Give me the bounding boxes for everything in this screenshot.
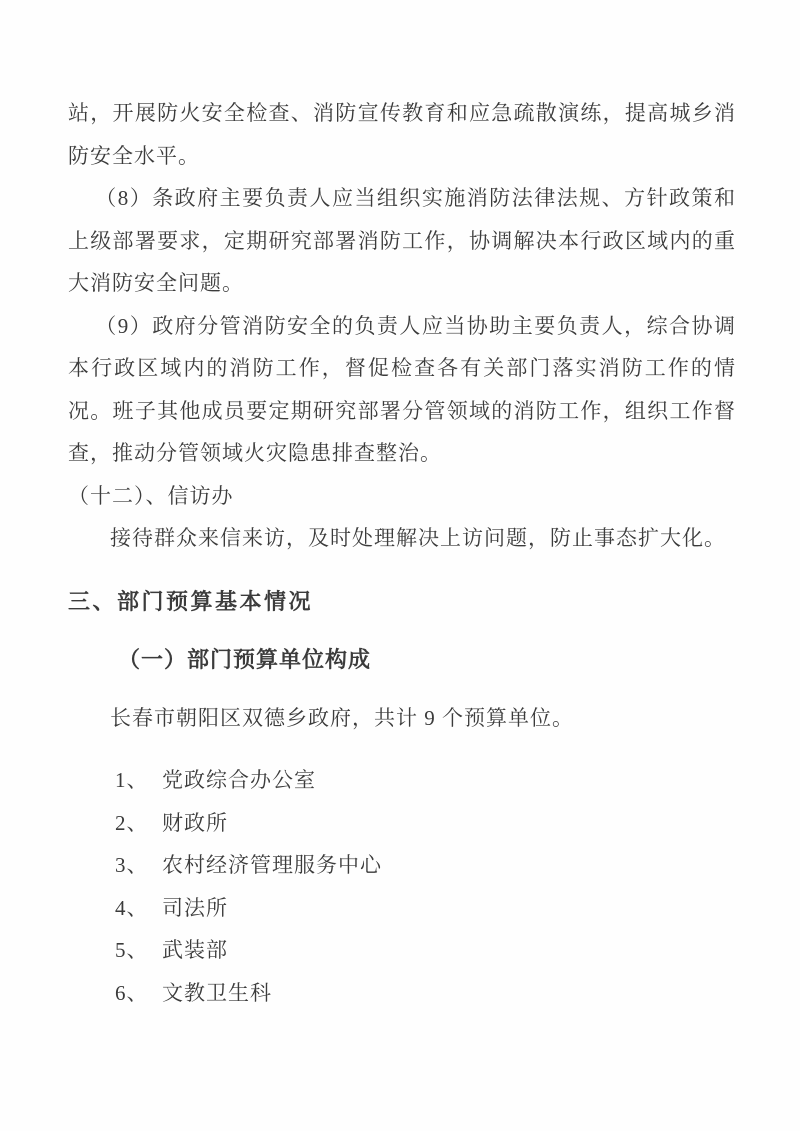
list-item-label: 武装部 bbox=[162, 929, 228, 972]
list-item: 6、 文教卫生科 bbox=[68, 972, 736, 1015]
heading-section-12-xinfang-office: （十二）、信访办 bbox=[68, 475, 736, 518]
list-item-label: 党政综合办公室 bbox=[162, 759, 316, 802]
list-item-number: 2、 bbox=[115, 802, 162, 845]
paragraph-item-9: （9）政府分管消防安全的负责人应当协助主要负责人，综合协调本行政区域内的消防工作… bbox=[68, 305, 736, 475]
paragraph-xinfang-duties: 接待群众来信来访，及时处理解决上访问题，防止事态扩大化。 bbox=[68, 517, 736, 560]
paragraph-fire-safety-continuation: 站，开展防火安全检查、消防宣传教育和应急疏散演练，提高城乡消防安全水平。 bbox=[68, 92, 736, 177]
list-item: 1、 党政综合办公室 bbox=[68, 759, 736, 802]
list-item-number: 4、 bbox=[115, 887, 162, 930]
document-content: 站，开展防火安全检查、消防宣传教育和应急疏散演练，提高城乡消防安全水平。 （8）… bbox=[68, 92, 736, 1014]
paragraph-budget-units-intro: 长春市朝阳区双德乡政府，共计 9 个预算单位。 bbox=[68, 697, 736, 740]
document-page: 站，开展防火安全检查、消防宣传教育和应急疏散演练，提高城乡消防安全水平。 （8）… bbox=[0, 0, 800, 1131]
list-item: 5、 武装部 bbox=[68, 929, 736, 972]
heading-budget-basic-overview: 三、部门预算基本情况 bbox=[68, 581, 736, 624]
list-item-label: 农村经济管理服务中心 bbox=[162, 844, 382, 887]
list-item-number: 1、 bbox=[115, 759, 162, 802]
list-item-number: 6、 bbox=[115, 972, 162, 1015]
heading-budget-unit-composition: （一）部门预算单位构成 bbox=[118, 639, 736, 682]
list-item-label: 文教卫生科 bbox=[162, 972, 272, 1015]
list-item: 2、 财政所 bbox=[68, 802, 736, 845]
list-item-label: 司法所 bbox=[162, 887, 228, 930]
list-item: 3、 农村经济管理服务中心 bbox=[68, 844, 736, 887]
list-item: 4、 司法所 bbox=[68, 887, 736, 930]
list-item-number: 5、 bbox=[115, 929, 162, 972]
budget-unit-list: 1、 党政综合办公室 2、 财政所 3、 农村经济管理服务中心 4、 司法所 5… bbox=[68, 759, 736, 1014]
list-item-label: 财政所 bbox=[162, 802, 228, 845]
paragraph-item-8: （8）条政府主要负责人应当组织实施消防法律法规、方针政策和上级部署要求，定期研究… bbox=[68, 177, 736, 305]
list-item-number: 3、 bbox=[115, 844, 162, 887]
